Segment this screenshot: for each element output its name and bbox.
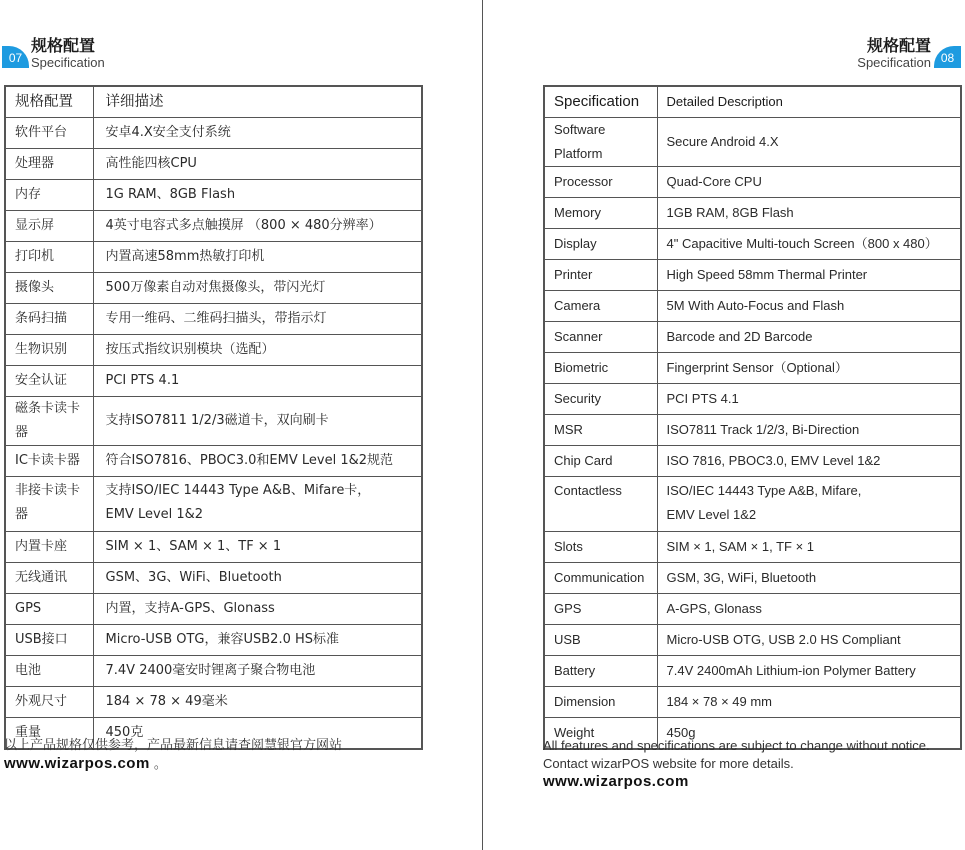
table-row: 磁条卡读卡器支持ISO7811 1/2/3磁道卡，双向刷卡 [5,397,422,446]
spec-name-cell: Processor [544,167,657,198]
spec-value-cell: 高性能四核CPU [93,149,422,180]
footer-text-line1: All features and specifications are subj… [543,737,930,755]
page-heading-right: 08 规格配置 Specification [841,36,961,72]
spec-value-cell: GSM, 3G, WiFi, Bluetooth [657,563,961,594]
section-title-zh: 规格配置 [867,36,931,56]
website-link[interactable]: www.wizarpos.com [543,773,689,790]
spec-name-cell: USB接口 [5,625,93,656]
header-spec: Specification [544,86,657,118]
spec-value-cell: SIM × 1、SAM × 1、TF × 1 [93,532,422,563]
spec-value-cell: 7.4V 2400mAh Lithium-ion Polymer Battery [657,656,961,687]
spec-value-cell: 支持ISO/IEC 14443 Type A&B、Mifare卡，EMV Lev… [93,477,422,532]
spec-name-cell: IC卡读卡器 [5,446,93,477]
spec-name-cell: Display [544,229,657,260]
spec-name-cell: Communication [544,563,657,594]
spec-value-cell: Secure Android 4.X [657,118,961,167]
section-title-en: Specification [31,55,105,70]
table-row: USB接口Micro-USB OTG，兼容USB2.0 HS标准 [5,625,422,656]
spec-value-line: 7.4V 2400毫安时锂离子聚合物电池 [106,659,422,683]
footer-text: 以上产品规格仅供参考，产品最新信息请查阅慧银官方网站 [4,737,342,755]
spec-name-cell: 磁条卡读卡器 [5,397,93,446]
table-body: 软件平台安卓4.X安全支付系统处理器高性能四核CPU内存1G RAM、8GB F… [5,118,422,750]
spec-value-cell: 内置高速58mm热敏打印机 [93,242,422,273]
header-desc: Detailed Description [657,86,961,118]
spec-value-cell: PCI PTS 4.1 [657,384,961,415]
spec-value-cell: ISO 7816, PBOC3.0, EMV Level 1&2 [657,446,961,477]
spec-value-line: 按压式指纹识别模块（选配） [106,338,422,362]
spec-value-cell: High Speed 58mm Thermal Printer [657,260,961,291]
spec-value-line: EMV Level 1&2 [667,503,961,527]
spec-value-line: EMV Level 1&2 [106,503,422,527]
section-title-zh: 规格配置 [31,36,95,56]
spec-value-line: 184 × 78 × 49 mm [667,690,961,714]
spec-value-cell: PCI PTS 4.1 [93,366,422,397]
spec-name-cell: 条码扫描 [5,304,93,335]
spec-value-line: 专用一维码、二维码扫描头，带指示灯 [106,307,422,331]
table-row: Memory1GB RAM, 8GB Flash [544,198,961,229]
spec-name-cell: 显示屏 [5,211,93,242]
spec-value-cell: 支持ISO7811 1/2/3磁道卡，双向刷卡 [93,397,422,446]
spec-value-line: 内置高速58mm热敏打印机 [106,245,422,269]
spec-value-cell: 内置，支持A-GPS、Glonass [93,594,422,625]
table-row: 打印机内置高速58mm热敏打印机 [5,242,422,273]
spec-name-cell: Slots [544,532,657,563]
header-spec: 规格配置 [5,86,93,118]
table-row: MSRISO7811 Track 1/2/3, Bi-Direction [544,415,961,446]
spec-value-line: Secure Android 4.X [667,130,961,154]
spec-name-cell: Chip Card [544,446,657,477]
table-row: Software PlatformSecure Android 4.X [544,118,961,167]
spec-value-cell: ISO7811 Track 1/2/3, Bi-Direction [657,415,961,446]
spec-value-cell: 按压式指纹识别模块（选配） [93,335,422,366]
table-row: PrinterHigh Speed 58mm Thermal Printer [544,260,961,291]
table-row: Chip CardISO 7816, PBOC3.0, EMV Level 1&… [544,446,961,477]
table-row: USBMicro-USB OTG, USB 2.0 HS Compliant [544,625,961,656]
spec-name-cell: GPS [5,594,93,625]
table-row: 无线通讯GSM、3G、WiFi、Bluetooth [5,563,422,594]
footer-note-zh: 以上产品规格仅供参考，产品最新信息请查阅慧银官方网站 www.wizarpos.… [4,737,342,774]
spec-name-cell: Memory [544,198,657,229]
spec-value-line: GSM、3G、WiFi、Bluetooth [106,566,422,590]
table-row: 软件平台安卓4.X安全支付系统 [5,118,422,149]
spec-value-cell: Fingerprint Sensor（Optional） [657,353,961,384]
spec-value-cell: A-GPS, Glonass [657,594,961,625]
table-row: Display4" Capacitive Multi-touch Screen（… [544,229,961,260]
spec-name-cell: 无线通讯 [5,563,93,594]
spec-value-cell: 1G RAM、8GB Flash [93,180,422,211]
spec-value-cell: 符合ISO7816、PBOC3.0和EMV Level 1&2规范 [93,446,422,477]
spec-value-line: PCI PTS 4.1 [106,369,422,393]
spec-value-line: A-GPS, Glonass [667,597,961,621]
left-page: 07 规格配置 Specification 规格配置 详细描述 软件平台安卓4.… [0,0,482,850]
table-row: ContactlessISO/IEC 14443 Type A&B, Mifar… [544,477,961,532]
spec-table-en: Specification Detailed Description Softw… [543,85,962,750]
spec-value-cell: 4英寸电容式多点触摸屏 （800 × 480分辨率） [93,211,422,242]
footer-text-line2: Contact wizarPOS website for more detail… [543,755,930,773]
spec-value-line: 支持ISO/IEC 14443 Type A&B、Mifare卡， [106,479,422,503]
table-row: 非接卡读卡器支持ISO/IEC 14443 Type A&B、Mifare卡，E… [5,477,422,532]
spec-value-cell: 7.4V 2400毫安时锂离子聚合物电池 [93,656,422,687]
spec-value-cell: Micro-USB OTG, USB 2.0 HS Compliant [657,625,961,656]
spec-value-cell: 184 × 78 × 49毫米 [93,687,422,718]
table-row: IC卡读卡器符合ISO7816、PBOC3.0和EMV Level 1&2规范 [5,446,422,477]
spec-value-line: Fingerprint Sensor（Optional） [667,356,961,380]
spec-table-zh: 规格配置 详细描述 软件平台安卓4.X安全支付系统处理器高性能四核CPU内存1G… [4,85,423,750]
table-header-row: 规格配置 详细描述 [5,86,422,118]
table-row: 显示屏4英寸电容式多点触摸屏 （800 × 480分辨率） [5,211,422,242]
spec-name-cell: Dimension [544,687,657,718]
spec-value-line: SIM × 1、SAM × 1、TF × 1 [106,535,422,559]
table-row: GPS内置，支持A-GPS、Glonass [5,594,422,625]
spec-value-cell: GSM、3G、WiFi、Bluetooth [93,563,422,594]
spec-value-cell: 1GB RAM, 8GB Flash [657,198,961,229]
spec-name-cell: 软件平台 [5,118,93,149]
page-number-badge: 08 [934,46,961,68]
table-row: SlotsSIM × 1, SAM × 1, TF × 1 [544,532,961,563]
table-row: ProcessorQuad-Core CPU [544,167,961,198]
spec-value-line: 符合ISO7816、PBOC3.0和EMV Level 1&2规范 [106,449,422,473]
footer-note-en: All features and specifications are subj… [543,737,930,791]
table-row: 内置卡座SIM × 1、SAM × 1、TF × 1 [5,532,422,563]
spec-name-cell: 生物识别 [5,335,93,366]
table-row: Camera5M With Auto-Focus and Flash [544,291,961,322]
spec-value-line: ISO 7816, PBOC3.0, EMV Level 1&2 [667,449,961,473]
spec-value-line: ISO7811 Track 1/2/3, Bi-Direction [667,418,961,442]
spec-value-line: GSM, 3G, WiFi, Bluetooth [667,566,961,590]
spec-value-cell: Micro-USB OTG，兼容USB2.0 HS标准 [93,625,422,656]
spec-value-cell: SIM × 1, SAM × 1, TF × 1 [657,532,961,563]
spec-value-line: PCI PTS 4.1 [667,387,961,411]
table-row: BiometricFingerprint Sensor（Optional） [544,353,961,384]
spec-name-cell: Camera [544,291,657,322]
spec-value-line: 高性能四核CPU [106,152,422,176]
page-number-badge: 07 [2,46,29,68]
spec-name-cell: USB [544,625,657,656]
table-row: ScannerBarcode and 2D Barcode [544,322,961,353]
table-row: 安全认证PCI PTS 4.1 [5,366,422,397]
right-page: 08 规格配置 Specification Specification Deta… [483,0,965,850]
table-row: Dimension184 × 78 × 49 mm [544,687,961,718]
spec-value-line: Micro-USB OTG, USB 2.0 HS Compliant [667,628,961,652]
spec-value-line: High Speed 58mm Thermal Printer [667,263,961,287]
spec-name-cell: 安全认证 [5,366,93,397]
spec-value-cell: 4" Capacitive Multi-touch Screen（800 x 4… [657,229,961,260]
spec-value-line: 5M With Auto-Focus and Flash [667,294,961,318]
spec-value-cell: ISO/IEC 14443 Type A&B, Mifare,EMV Level… [657,477,961,532]
spec-name-cell: 内存 [5,180,93,211]
spec-value-line: 4" Capacitive Multi-touch Screen（800 x 4… [667,232,961,256]
spec-value-line: 7.4V 2400mAh Lithium-ion Polymer Battery [667,659,961,683]
spec-value-cell: 专用一维码、二维码扫描头，带指示灯 [93,304,422,335]
table-row: 电池7.4V 2400毫安时锂离子聚合物电池 [5,656,422,687]
table-row: Battery7.4V 2400mAh Lithium-ion Polymer … [544,656,961,687]
table-header-row: Specification Detailed Description [544,86,961,118]
spec-value-cell: 安卓4.X安全支付系统 [93,118,422,149]
table-row: SecurityPCI PTS 4.1 [544,384,961,415]
spec-name-cell: 电池 [5,656,93,687]
spec-value-line: 内置，支持A-GPS、Glonass [106,597,422,621]
spec-name-cell: 摄像头 [5,273,93,304]
spec-name-cell: Printer [544,260,657,291]
table-row: 内存1G RAM、8GB Flash [5,180,422,211]
table-row: 生物识别按压式指纹识别模块（选配） [5,335,422,366]
spec-value-line: Micro-USB OTG，兼容USB2.0 HS标准 [106,628,422,652]
spec-value-line: 支持ISO7811 1/2/3磁道卡，双向刷卡 [106,409,422,433]
spec-value-line: 1G RAM、8GB Flash [106,183,422,207]
spec-name-cell: Scanner [544,322,657,353]
section-title-en: Specification [857,55,931,70]
spec-name-cell: Biometric [544,353,657,384]
website-link[interactable]: www.wizarpos.com [4,755,150,772]
table-row: GPSA-GPS, Glonass [544,594,961,625]
spec-value-line: 1GB RAM, 8GB Flash [667,201,961,225]
spec-value-cell: 5M With Auto-Focus and Flash [657,291,961,322]
spec-value-line: Quad-Core CPU [667,170,961,194]
spec-name-cell: MSR [544,415,657,446]
table-row: 条码扫描专用一维码、二维码扫描头，带指示灯 [5,304,422,335]
spec-value-line: 500万像素自动对焦摄像头，带闪光灯 [106,276,422,300]
spec-value-line: ISO/IEC 14443 Type A&B, Mifare, [667,479,961,503]
spec-name-cell: Software Platform [544,118,657,167]
table-row: 处理器高性能四核CPU [5,149,422,180]
spec-value-line: Barcode and 2D Barcode [667,325,961,349]
spec-name-cell: 外观尺寸 [5,687,93,718]
spec-value-line: 184 × 78 × 49毫米 [106,690,422,714]
spec-name-cell: Security [544,384,657,415]
spec-value-cell: Barcode and 2D Barcode [657,322,961,353]
spec-name-cell: 非接卡读卡器 [5,477,93,532]
spec-value-line: 安卓4.X安全支付系统 [106,121,422,145]
spec-value-cell: 500万像素自动对焦摄像头，带闪光灯 [93,273,422,304]
table-row: CommunicationGSM, 3G, WiFi, Bluetooth [544,563,961,594]
spec-name-cell: 内置卡座 [5,532,93,563]
spec-name-cell: Contactless [544,477,657,532]
spec-name-cell: Battery [544,656,657,687]
spec-value-line: 4英寸电容式多点触摸屏 （800 × 480分辨率） [106,214,422,238]
spec-value-line: SIM × 1, SAM × 1, TF × 1 [667,535,961,559]
table-row: 摄像头500万像素自动对焦摄像头，带闪光灯 [5,273,422,304]
spec-name-cell: GPS [544,594,657,625]
spec-name-cell: 打印机 [5,242,93,273]
table-row: 外观尺寸184 × 78 × 49毫米 [5,687,422,718]
header-desc: 详细描述 [93,86,422,118]
table-body: Software PlatformSecure Android 4.XProce… [544,118,961,750]
spec-name-cell: 处理器 [5,149,93,180]
footer-period: 。 [154,757,167,772]
spec-value-cell: Quad-Core CPU [657,167,961,198]
spec-value-cell: 184 × 78 × 49 mm [657,687,961,718]
